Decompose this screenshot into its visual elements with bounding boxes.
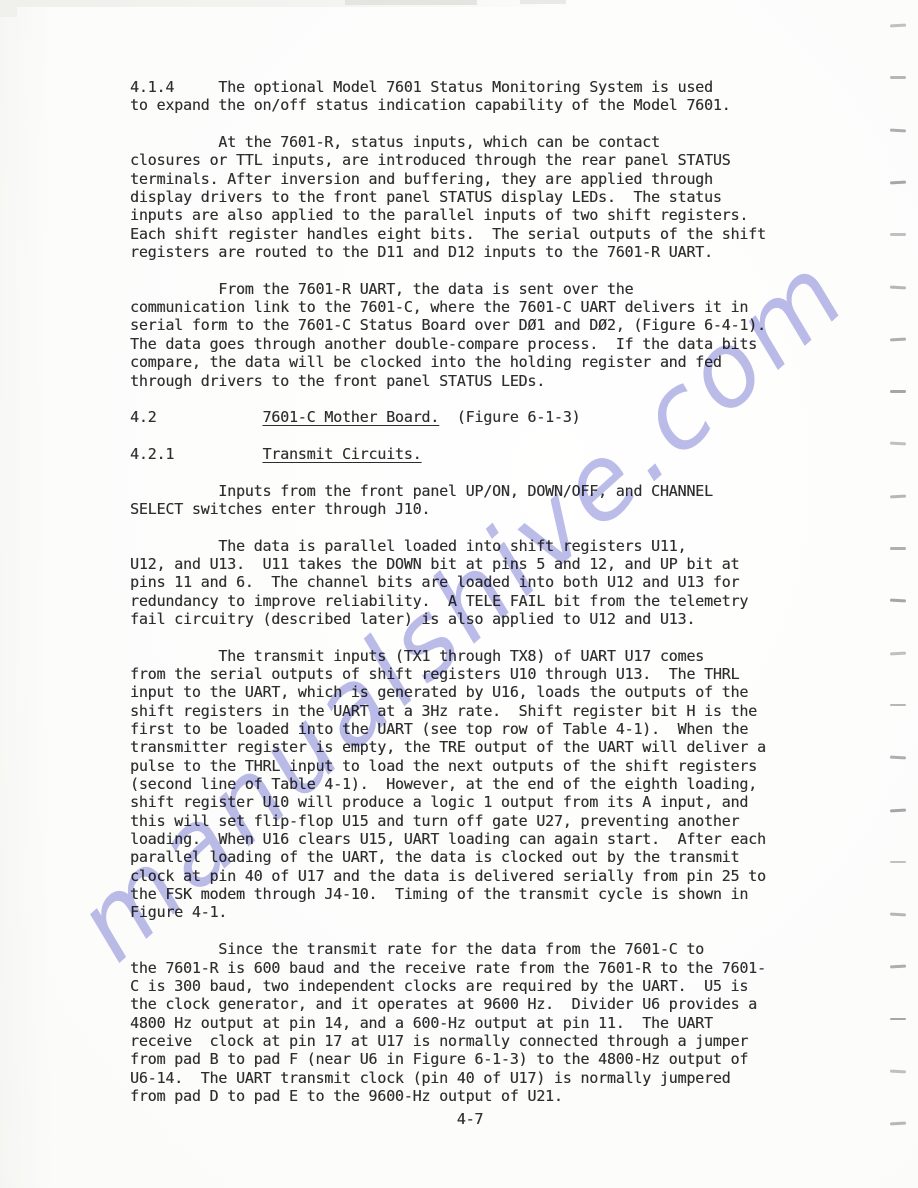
text-line: registers are routed to the D11 and D12 … — [130, 243, 830, 261]
text-line: pins 11 and 6. The channel bits are load… — [130, 573, 830, 591]
text-line: transmitter register is empty, the TRE o… — [130, 738, 830, 756]
text-line: the clock generator, and it operates at … — [130, 995, 830, 1013]
text-line: The transmit inputs (TX1 through TX8) of… — [130, 647, 830, 665]
text-segment: The data is parallel loaded into shift r… — [130, 537, 686, 555]
binding-mark — [890, 390, 906, 393]
text-segment: from pad D to pad E to the 9600-Hz outpu… — [130, 1087, 563, 1105]
text-segment: from pad B to pad F (near U6 in Figure 6… — [130, 1050, 748, 1068]
binding-mark — [890, 704, 906, 707]
text-segment: U6-14. The UART transmit clock (pin 40 o… — [130, 1069, 731, 1087]
binding-mark — [890, 861, 906, 864]
underlined-heading-text: 7601-C Mother Board. — [262, 408, 439, 426]
text-line — [130, 628, 830, 646]
binding-mark — [890, 1018, 906, 1021]
text-segment: compare, the data will be clocked into t… — [130, 353, 722, 371]
text-line: from pad B to pad F (near U6 in Figure 6… — [130, 1050, 830, 1068]
text-segment: pulse to the THRL input to load the next… — [130, 757, 757, 775]
text-line: closures or TTL inputs, are introduced t… — [130, 151, 830, 169]
text-segment: 4800 Hz output at pin 14, and a 600-Hz o… — [130, 1014, 713, 1032]
text-line: Figure 4-1. — [130, 903, 830, 921]
text-segment: From the 7601-R UART, the data is sent o… — [130, 280, 633, 298]
text-line: clock at pin 40 of U17 and the data is d… — [130, 867, 830, 885]
text-line: fail circuitry (described later) is also… — [130, 610, 830, 628]
text-line: this will set flip-flop U15 and turn off… — [130, 812, 830, 830]
text-segment: this will set flip-flop U15 and turn off… — [130, 812, 739, 830]
text-line: first to be loaded into the UART (see to… — [130, 720, 830, 738]
binding-mark — [890, 1070, 906, 1073]
text-segment: closures or TTL inputs, are introduced t… — [130, 151, 731, 169]
text-segment: C is 300 baud, two independent clocks ar… — [130, 977, 748, 995]
binding-mark — [890, 547, 906, 550]
text-segment: terminals. After inversion and buffering… — [130, 170, 713, 188]
text-segment: registers are routed to the D11 and D12 … — [130, 243, 713, 261]
text-line: display drivers to the front panel STATU… — [130, 188, 830, 206]
text-segment: shift register U10 will produce a logic … — [130, 793, 748, 811]
text-line: The data goes through another double-com… — [130, 335, 830, 353]
text-segment: 4.2 — [130, 408, 262, 426]
text-line: U6-14. The UART transmit clock (pin 40 o… — [130, 1069, 830, 1087]
text-line: U12, and U13. U11 takes the DOWN bit at … — [130, 555, 830, 573]
text-segment: the clock generator, and it operates at … — [130, 995, 757, 1013]
text-segment: At the 7601-R, status inputs, which can … — [130, 133, 660, 151]
text-line: the 7601-R is 600 baud and the receive r… — [130, 959, 830, 977]
text-segment: 4.1.4 The optional Model 7601 Status Mon… — [130, 78, 713, 96]
text-line — [130, 922, 830, 940]
text-line: (second line of Table 4-1). However, at … — [130, 775, 830, 793]
text-line: redundancy to improve reliability. A TEL… — [130, 592, 830, 610]
text-segment: (second line of Table 4-1). However, at … — [130, 775, 757, 793]
text-line: 4.2.1 Transmit Circuits. — [130, 445, 830, 463]
scan-edge-artifact — [345, 0, 477, 5]
text-segment: The transmit inputs (TX1 through TX8) of… — [130, 647, 704, 665]
binding-mark — [890, 1122, 906, 1125]
text-segment: clock at pin 40 of U17 and the data is d… — [130, 867, 766, 885]
scan-corner-artifact — [0, 0, 17, 17]
text-segment: inputs are also applied to the parallel … — [130, 206, 748, 224]
text-line — [130, 463, 830, 481]
text-segment: Each shift register handles eight bits. … — [130, 225, 766, 243]
text-segment: loading. When U16 clears U15, UART loadi… — [130, 830, 766, 848]
text-segment: transmitter register is empty, the TRE o… — [130, 738, 766, 756]
text-segment: 4.2.1 — [130, 445, 262, 463]
binding-mark — [890, 24, 906, 27]
binding-mark — [890, 128, 906, 131]
text-segment: display drivers to the front panel STATU… — [130, 188, 722, 206]
text-line: through drivers to the front panel STATU… — [130, 372, 830, 390]
binding-mark — [890, 180, 906, 183]
text-segment: SELECT switches enter through J10. — [130, 500, 430, 518]
page-number: 4-7 — [130, 1110, 810, 1128]
text-line: receive clock at pin 17 at U17 is normal… — [130, 1032, 830, 1050]
text-line: the FSK modem through J4-10. Timing of t… — [130, 885, 830, 903]
text-line: Each shift register handles eight bits. … — [130, 225, 830, 243]
text-segment: Inputs from the front panel UP/ON, DOWN/… — [130, 482, 713, 500]
binding-mark — [890, 651, 906, 654]
text-segment: input to the UART, which is generated by… — [130, 683, 748, 701]
binding-mark — [890, 76, 906, 79]
text-line: communication link to the 7601-C, where … — [130, 298, 830, 316]
text-segment: fail circuitry (described later) is also… — [130, 610, 695, 628]
text-segment: the FSK modem through J4-10. Timing of t… — [130, 885, 748, 903]
binding-mark — [890, 285, 906, 288]
text-segment: pins 11 and 6. The channel bits are load… — [130, 573, 739, 591]
text-line: Since the transmit rate for the data fro… — [130, 940, 830, 958]
text-line: serial form to the 7601-C Status Board o… — [130, 316, 830, 334]
binding-mark — [890, 756, 906, 759]
text-line — [130, 261, 830, 279]
text-segment: through drivers to the front panel STATU… — [130, 372, 545, 390]
text-segment: receive clock at pin 17 at U17 is normal… — [130, 1032, 748, 1050]
text-line: From the 7601-R UART, the data is sent o… — [130, 280, 830, 298]
document-page: 4.1.4 The optional Model 7601 Status Mon… — [0, 0, 918, 1188]
underlined-heading-text: Transmit Circuits. — [262, 445, 421, 463]
text-segment: (Figure 6-1-3) — [439, 408, 580, 426]
text-segment: the 7601-R is 600 baud and the receive r… — [130, 959, 766, 977]
scan-edge-artifact — [0, 0, 578, 7]
text-line: shift register U10 will produce a logic … — [130, 793, 830, 811]
text-line: parallel loading of the UART, the data i… — [130, 848, 830, 866]
text-segment: from the serial outputs of shift registe… — [130, 665, 739, 683]
binding-mark — [890, 913, 906, 916]
scan-edge-artifact — [520, 0, 566, 4]
text-line: from the serial outputs of shift registe… — [130, 665, 830, 683]
binding-mark — [890, 442, 906, 445]
text-line: SELECT switches enter through J10. — [130, 500, 830, 518]
text-body: 4.1.4 The optional Model 7601 Status Mon… — [130, 78, 830, 1105]
binding-mark — [890, 494, 906, 497]
text-line: Inputs from the front panel UP/ON, DOWN/… — [130, 482, 830, 500]
binding-mark — [890, 233, 906, 236]
text-line: pulse to the THRL input to load the next… — [130, 757, 830, 775]
text-line — [130, 115, 830, 133]
text-line: 4800 Hz output at pin 14, and a 600-Hz o… — [130, 1014, 830, 1032]
binding-mark — [890, 965, 906, 968]
text-line: C is 300 baud, two independent clocks ar… — [130, 977, 830, 995]
text-line: loading. When U16 clears U15, UART loadi… — [130, 830, 830, 848]
text-line: terminals. After inversion and buffering… — [130, 170, 830, 188]
text-segment: serial form to the 7601-C Status Board o… — [130, 316, 766, 334]
text-line: input to the UART, which is generated by… — [130, 683, 830, 701]
text-segment: to expand the on/off status indication c… — [130, 96, 731, 114]
text-line: shift registers in the UART at a 3Hz rat… — [130, 702, 830, 720]
text-segment: shift registers in the UART at a 3Hz rat… — [130, 702, 757, 720]
binding-mark — [890, 599, 906, 602]
text-line: 4.2 7601-C Mother Board. (Figure 6-1-3) — [130, 408, 830, 426]
text-segment: Figure 4-1. — [130, 903, 227, 921]
text-segment: communication link to the 7601-C, where … — [130, 298, 748, 316]
text-line — [130, 518, 830, 536]
text-line — [130, 390, 830, 408]
text-line: The data is parallel loaded into shift r… — [130, 537, 830, 555]
text-line — [130, 427, 830, 445]
text-segment: Since the transmit rate for the data fro… — [130, 940, 704, 958]
binding-marks — [878, 0, 918, 1188]
text-line: 4.1.4 The optional Model 7601 Status Mon… — [130, 78, 830, 96]
text-line: At the 7601-R, status inputs, which can … — [130, 133, 830, 151]
binding-mark — [890, 808, 906, 811]
binding-mark — [890, 337, 906, 340]
text-segment: The data goes through another double-com… — [130, 335, 757, 353]
text-segment: redundancy to improve reliability. A TEL… — [130, 592, 748, 610]
text-segment: first to be loaded into the UART (see to… — [130, 720, 748, 738]
text-line: inputs are also applied to the parallel … — [130, 206, 830, 224]
text-line: from pad D to pad E to the 9600-Hz outpu… — [130, 1087, 830, 1105]
text-line: to expand the on/off status indication c… — [130, 96, 830, 114]
text-segment: parallel loading of the UART, the data i… — [130, 848, 739, 866]
text-segment: U12, and U13. U11 takes the DOWN bit at … — [130, 555, 739, 573]
text-line: compare, the data will be clocked into t… — [130, 353, 830, 371]
